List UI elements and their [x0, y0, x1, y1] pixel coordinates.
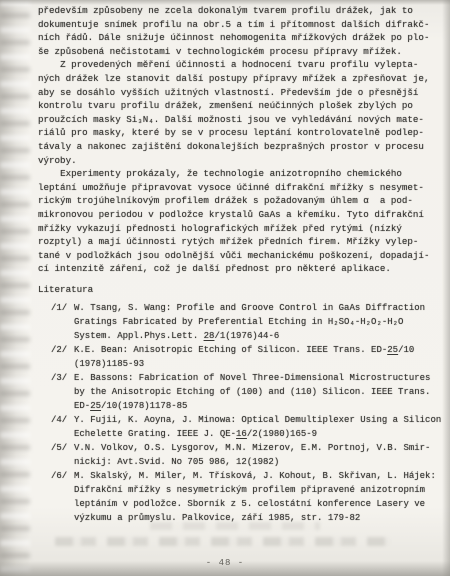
reference-line: E. Bassons: Fabrication of Novel Three-D… — [74, 371, 446, 385]
reference-marker: /5/ — [51, 441, 74, 469]
reference-body: W. Tsang, S. Wang: Profile and Groove Co… — [74, 301, 446, 343]
reference-line: (1978)1185-93 — [74, 357, 446, 371]
reference-line: V.N. Volkov, O.S. Lysgorov, M.N. Mizerov… — [74, 441, 446, 455]
reference-item: /4/ Y. Fujii, K. Aoyna, J. Minowa: Optic… — [51, 413, 446, 441]
reference-line: Difrakční mřížky s nesymetrickým profile… — [74, 483, 446, 497]
reference-line: K.E. Bean: Anisotropic Etching of Silico… — [74, 343, 446, 357]
reference-line: by the Anisotropic Etching of (100) and … — [74, 385, 446, 399]
reference-line: nickij: Avt.Svid. No 705 986, 12(1982) — [74, 455, 446, 469]
bleed-through-artifact — [55, 537, 390, 546]
body-paragraph: Z provedených měření účinnosti a hodnoce… — [38, 58, 446, 167]
reference-line: Y. Fujii, K. Aoyna, J. Minowa: Optical D… — [74, 413, 446, 427]
reference-line: výzkumu a průmyslu. Palkovice, září 1985… — [74, 511, 446, 525]
page-content: především způsobeny ne zcela dokonalým t… — [38, 4, 446, 525]
body-paragraph: především způsobeny ne zcela dokonalým t… — [38, 4, 446, 58]
reference-item: /2/ K.E. Bean: Anisotropic Etching of Si… — [51, 343, 446, 371]
reference-marker: /2/ — [51, 343, 74, 371]
page-number: - 48 - — [0, 558, 450, 568]
reference-item: /1/ W. Tsang, S. Wang: Profile and Groov… — [51, 301, 446, 343]
reference-body: K.E. Bean: Anisotropic Etching of Silico… — [74, 343, 446, 371]
reference-line: M. Skalský, M. Miler, M. Třísková, J. Ko… — [74, 469, 446, 483]
reference-body: E. Bassons: Fabrication of Novel Three-D… — [74, 371, 446, 413]
reference-line: ED-25/10(1978)1178-85 — [74, 399, 446, 413]
reference-marker: /4/ — [51, 413, 74, 441]
reference-marker: /1/ — [51, 301, 74, 343]
reference-body: M. Skalský, M. Miler, M. Třísková, J. Ko… — [74, 469, 446, 525]
reference-item: /5/ V.N. Volkov, O.S. Lysgorov, M.N. Miz… — [51, 441, 446, 469]
reference-body: V.N. Volkov, O.S. Lysgorov, M.N. Mizerov… — [74, 441, 446, 469]
reference-marker: /3/ — [51, 371, 74, 413]
reference-marker: /6/ — [51, 469, 74, 525]
reference-body: Y. Fujii, K. Aoyna, J. Minowa: Optical D… — [74, 413, 446, 441]
reference-item: /6/ M. Skalský, M. Miler, M. Třísková, J… — [51, 469, 446, 525]
reference-line: System. Appl.Phys.Lett. 28/1(1976)44-6 — [74, 329, 446, 343]
reference-line: W. Tsang, S. Wang: Profile and Groove Co… — [74, 301, 446, 315]
scan-edge-left — [0, 0, 30, 576]
body-paragraph: Experimenty prokázaly, že technologie an… — [38, 167, 446, 276]
literature-heading: Literatura — [38, 283, 446, 297]
reference-item: /3/ E. Bassons: Fabrication of Novel Thr… — [51, 371, 446, 413]
reference-line: Gratings Fabricated by Preferential Etch… — [74, 315, 446, 329]
reference-line: Echelette Grating. IEEE J. QE-16/2(1980)… — [74, 427, 446, 441]
reference-list: /1/ W. Tsang, S. Wang: Profile and Groov… — [51, 301, 446, 525]
reference-line: leptáním v podložce. Sborník z 5. celost… — [74, 497, 446, 511]
scanned-document-page: především způsobeny ne zcela dokonalým t… — [0, 0, 450, 576]
